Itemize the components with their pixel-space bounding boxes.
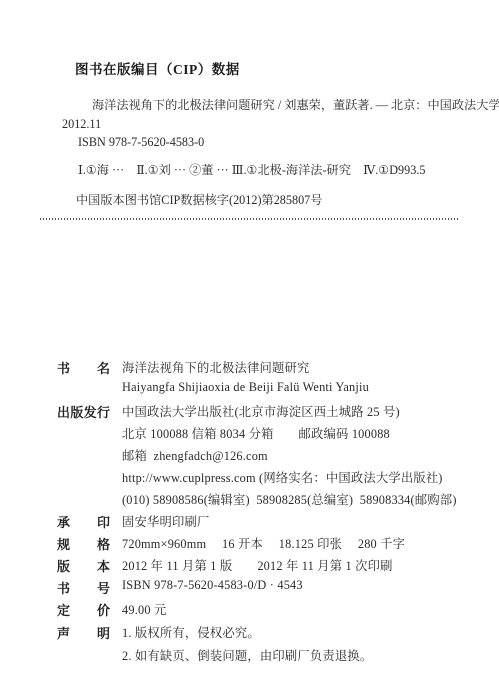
- colophon-value-printer: 固安华明印刷厂: [122, 512, 209, 530]
- colophon-label-printer: 承印: [57, 512, 110, 531]
- dotted-divider-rule: [40, 218, 459, 220]
- colophon-value-publisher-phones: (010) 58908586(编辑室) 58908285(总编室) 589083…: [122, 490, 457, 508]
- cip-classification: Ⅰ.①海 ··· Ⅱ.①刘 ··· ②董 ··· Ⅲ.①北极-海洋法-研究 Ⅳ.…: [78, 163, 425, 178]
- colophon-notice-line1: 1. 版权所有，侵权必究。: [122, 623, 260, 641]
- cip-record-line2: 2012.11: [62, 117, 101, 132]
- cip-isbn: ISBN 978-7-5620-4583-0: [78, 135, 204, 150]
- cip-record-line1: 海洋法视角下的北极法律问题研究 / 刘惠荣，董跃著. — 北京：中国政法大学出版…: [92, 98, 499, 113]
- colophon-label-edition: 版本: [57, 556, 110, 575]
- book-copyright-page: 图书在版编目（CIP）数据 海洋法视角下的北极法律问题研究 / 刘惠荣，董跃著.…: [0, 0, 499, 700]
- colophon-value-publisher-postbox: 北京 100088 信箱 8034 分箱 邮政编码 100088: [122, 424, 390, 442]
- colophon-value-publisher-address: 中国政法大学出版社(北京市海淀区西土城路 25 号): [122, 402, 400, 420]
- colophon-label-title: 书名: [57, 358, 110, 377]
- colophon-notice-line2: 2. 如有缺页、倒装问题，由印刷厂负责退换。: [122, 646, 372, 664]
- colophon-label-format: 规格: [57, 534, 110, 553]
- colophon-label-notice: 声明: [57, 623, 110, 642]
- colophon-value-title-pinyin: Haiyangfa Shijiaoxia de Beiji Falü Wenti…: [122, 380, 369, 395]
- colophon-label-price: 定价: [57, 600, 110, 619]
- colophon-value-isbn: ISBN 978-7-5620-4583-0/D · 4543: [122, 578, 303, 593]
- colophon-value-publisher-website: http://www.cuplpress.com (网络实名：中国政法大学出版社…: [122, 468, 443, 486]
- colophon-value-edition: 2012 年 11 月第 1 版 2012 年 11 月第 1 次印刷: [122, 556, 393, 574]
- colophon-label-publisher: 出版发行: [57, 402, 110, 421]
- colophon-value-title-cn: 海洋法视角下的北极法律问题研究: [122, 358, 309, 376]
- cip-record-number: 中国版本图书馆CIP数据核字(2012)第285807号: [76, 193, 322, 208]
- colophon-value-publisher-email: 邮箱 zhengfadch@126.com: [122, 446, 268, 464]
- colophon-label-isbn: 书号: [57, 578, 110, 597]
- colophon-value-format: 720mm×960mm 16 开本 18.125 印张 280 千字: [122, 534, 405, 552]
- cip-heading: 图书在版编目（CIP）数据: [75, 62, 240, 78]
- colophon-value-price: 49.00 元: [122, 600, 166, 618]
